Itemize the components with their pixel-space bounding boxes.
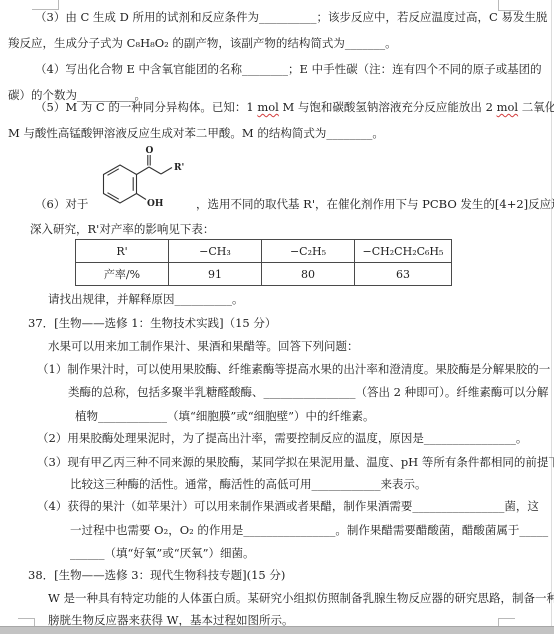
spellcheck-word: mol [497, 100, 519, 114]
text-run: （5）M 为 C 的一种同分异构体。已知：1 [35, 100, 257, 114]
q37-item3-line2: 比较这三种酶的活性。通常，酶活性的高低可用____________来表示。 [70, 477, 427, 491]
margin-crop-mark-top-left [32, 0, 59, 10]
table-header-row: R' −CH₃ −C₂H₅ −CH₂CH₂C₆H₅ [76, 240, 452, 263]
oxygen-label: O [146, 146, 154, 156]
spellcheck-word: mol [257, 100, 279, 114]
q37-title: 37．[生物——选修 1：生物技术实践]（15 分） [28, 316, 276, 330]
yield-table: R' −CH₃ −C₂H₅ −CH₂CH₂C₆H₅ 产率/% 91 80 63 [75, 239, 452, 286]
table-value-row: 产率/% 91 80 63 [76, 263, 452, 286]
q37-item1-line3: 植物____________（填“细胞膜”或“细胞壁”）中的纤维素。 [75, 409, 375, 423]
page-edge-line [551, 0, 552, 627]
text-run: 二氧化碳； [518, 100, 554, 114]
text-run: 的副产物，该副产物的结构简式为_______。 [169, 36, 397, 50]
q37-item1-line1: （1）制作果汁时，可以使用果胶酶、纤维素酶等提高水果的出汁率和澄清度。果胶酶是分… [37, 362, 550, 376]
q3-line2: 羧反应，生成分子式为 C₈H₈O₂ 的副产物，该副产物的结构简式为_______… [8, 36, 397, 50]
chem-conclusion: 请找出规律，并解释原因__________。 [48, 292, 244, 306]
q6-line2: 深入研究，R'对产率的影响见下表： [30, 222, 214, 236]
benzene-structure-figure: O R' OH [92, 144, 192, 212]
q5-line1: （5）M 为 C 的一种同分异构体。已知：1 mol M 与饱和碳酸氢钠溶液充分… [35, 100, 554, 114]
table-cell: −CH₃ [169, 240, 262, 263]
q6-prefix: （6）对于 [35, 197, 88, 211]
text-run: M 与饱和碳酸氢钠溶液充分反应能放出 2 [279, 100, 497, 114]
q6-suffix: ，选用不同的取代基 R'，在催化剂作用下与 PCBO 发生的[4+2]反应进行 [196, 197, 554, 211]
table-cell: −C₂H₅ [262, 240, 355, 263]
q37-intro: 水果可以用来加工制作果汁、果酒和果醋等。回答下列问题： [48, 339, 359, 353]
table-cell: 91 [169, 263, 262, 286]
q5-line2: M 与酸性高锰酸钾溶液反应生成对苯二甲酸。M 的结构简式为________。 [8, 126, 384, 140]
table-cell: 63 [355, 263, 452, 286]
q4-line1: （4）写出化合物 E 中含氧官能团的名称________；E 中手性碳（注：连有… [35, 62, 542, 76]
q38-line2: 膀胱生物反应器来获得 W，基本过程如图所示。 [48, 613, 293, 627]
substituent-r-label: R' [174, 163, 184, 173]
table-cell: −CH₂CH₂C₆H₅ [355, 240, 452, 263]
q38-title: 38．[生物——选修 3：现代生物科技专题](15 分) [28, 568, 285, 582]
text-run: 羧反应，生成分子式为 [8, 36, 127, 50]
q3-line1: （3）由 C 生成 D 所用的试剂和反应条件为__________；该步反应中，… [35, 10, 547, 24]
table-cell: R' [76, 240, 169, 263]
q37-item4-line3: ______（填“好氧”或“厌氧”）细菌。 [70, 546, 255, 560]
q37-item1-line2: 类酶的总称，包括多聚半乳糖醛酸酶、________________（答出 2 种… [68, 385, 548, 399]
q37-item4-line1: （4）获得的果汁（如苹果汁）可以用来制作果酒或者果醋，制作果酒需要_______… [37, 499, 539, 513]
exam-page: （3）由 C 生成 D 所用的试剂和反应条件为__________；该步反应中，… [0, 0, 554, 634]
q38-line1: W 是一种具有特定功能的人体蛋白质。某研究小组拟仿照制备乳腺生物反应器的研究思路… [48, 591, 554, 605]
q37-item2: （2）用果胶酶处理果泥时，为了提高出汁率，需要控制反应的温度，原因是______… [37, 431, 527, 445]
q37-item3-line1: （3）现有甲乙丙三种不同来源的果胶酶，某同学拟在果泥用量、温度、pH 等所有条件… [37, 455, 554, 469]
table-cell: 80 [262, 263, 355, 286]
q37-item4-line2: 一过程中也需要 O₂，O₂ 的作用是________________。制作果醋需… [70, 523, 548, 537]
window-bottom-bar [0, 626, 554, 634]
table-cell: 产率/% [76, 263, 169, 286]
chemical-formula: C₈H₈O₂ [127, 36, 169, 50]
hydroxyl-label: OH [147, 199, 164, 209]
